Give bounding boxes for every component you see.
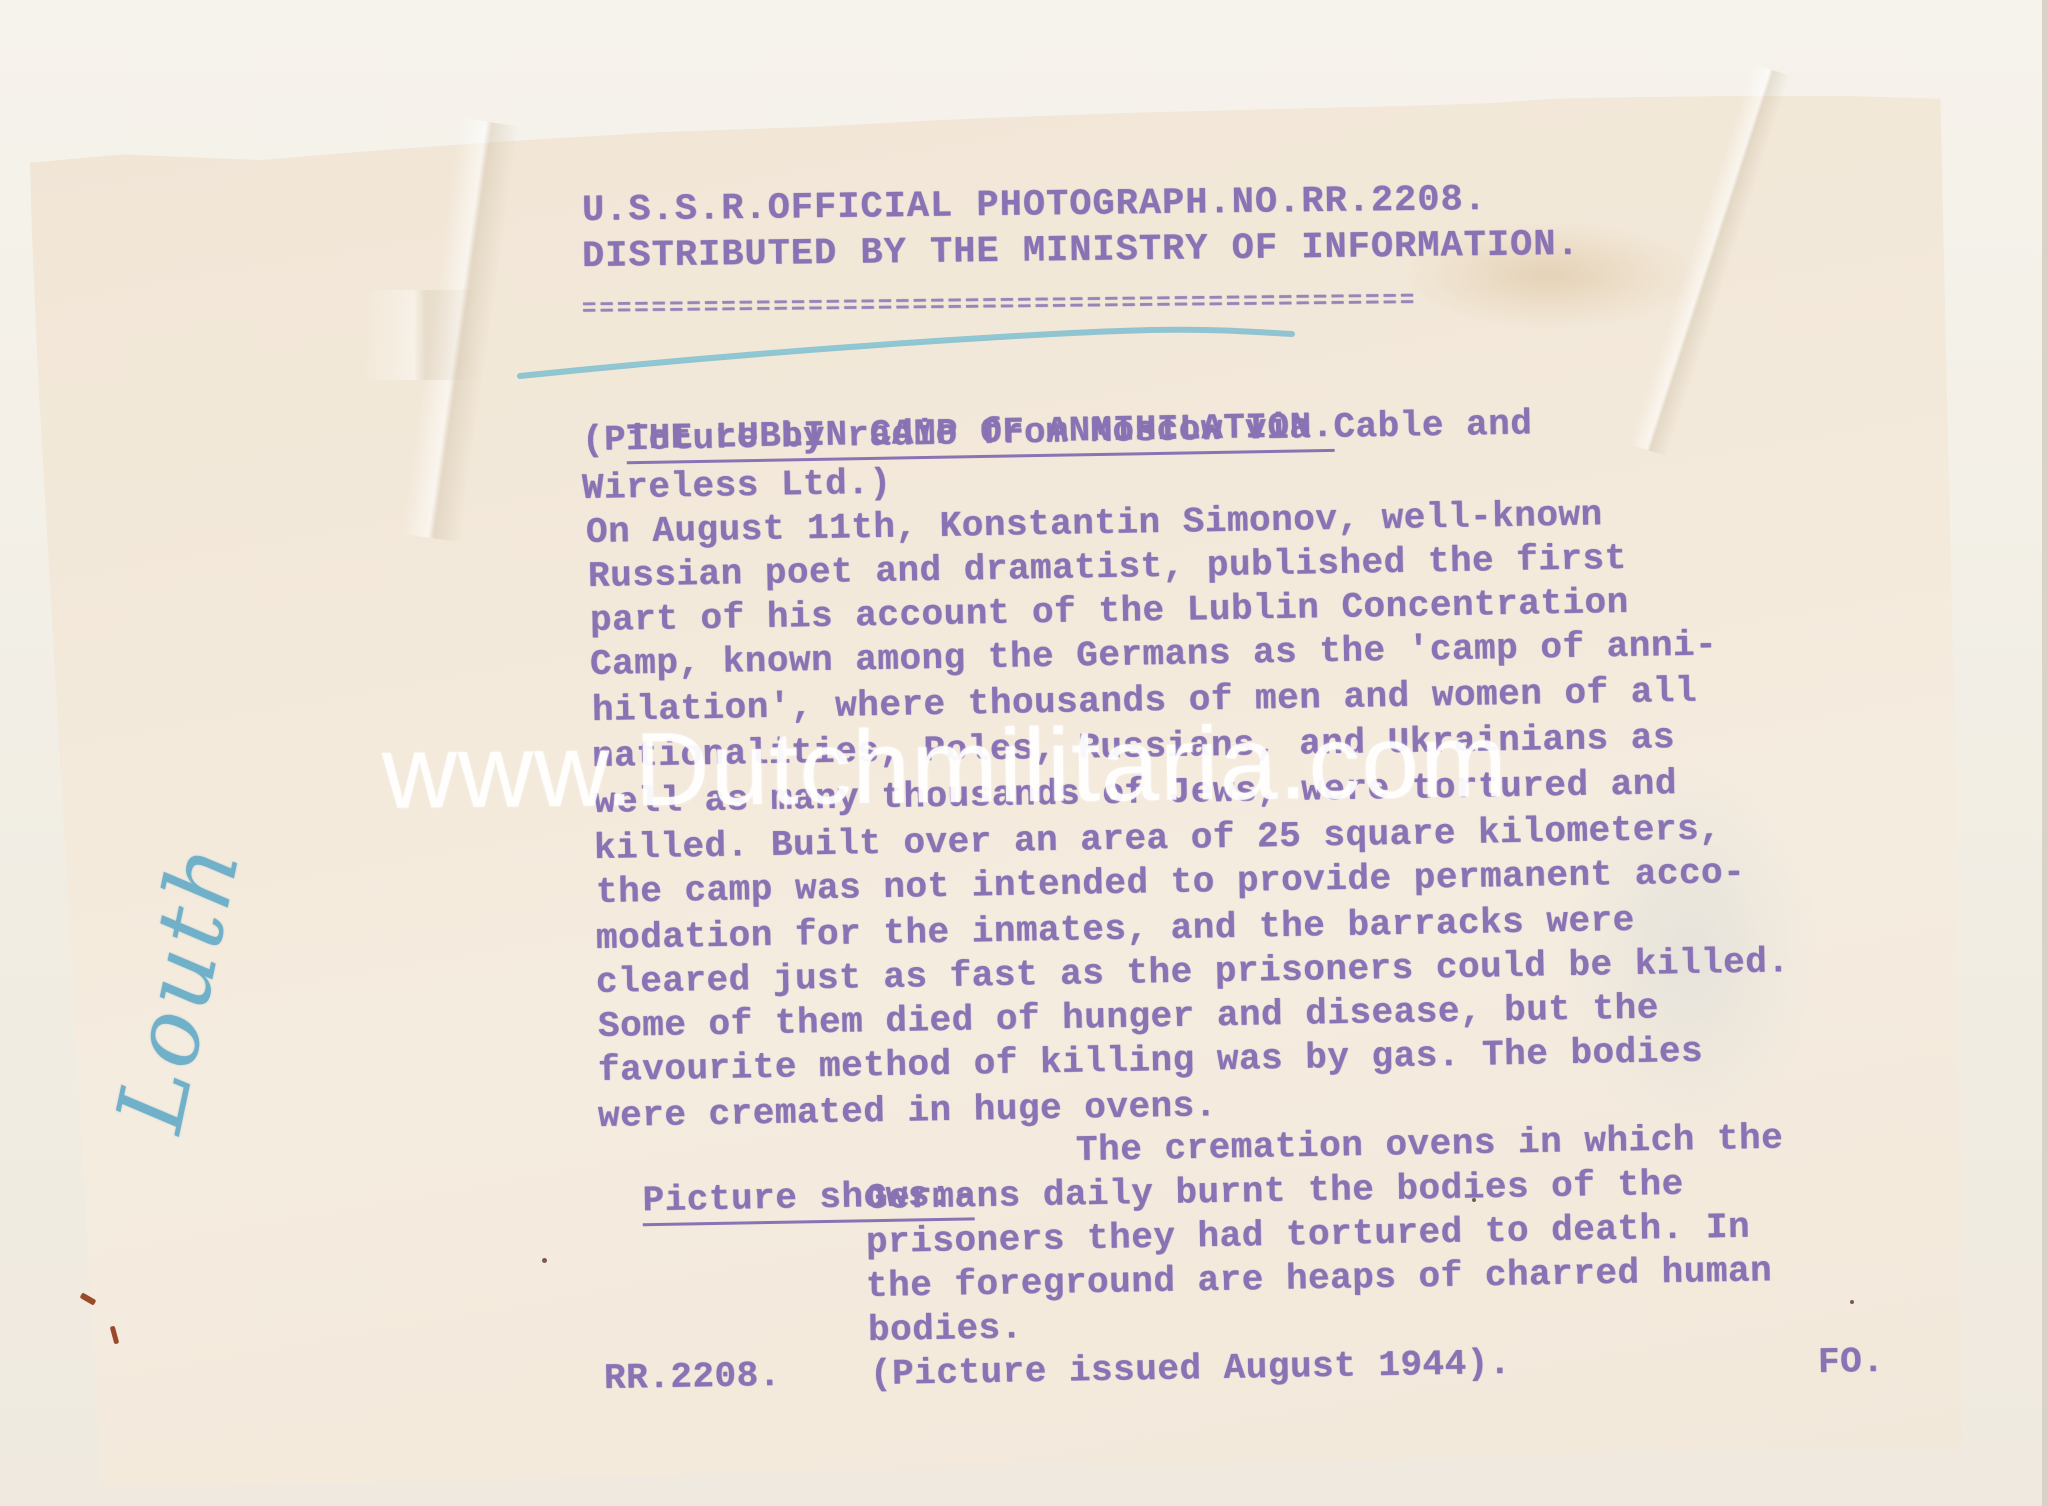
paper-crease (360, 290, 480, 380)
paper-speck (542, 1258, 547, 1263)
reference-number: RR.2208. (604, 1355, 782, 1399)
initials: FO. (1818, 1341, 1885, 1383)
watermark: www.Dutchmilitaria.com (381, 702, 1508, 833)
paper-speck (1850, 1300, 1854, 1304)
picture-shows-line: bodies. (868, 1307, 1023, 1351)
paper-speck (1472, 1198, 1476, 1202)
subtitle-line: Wireless Ltd.) (582, 463, 892, 509)
backing-card-edge (2042, 0, 2048, 1506)
